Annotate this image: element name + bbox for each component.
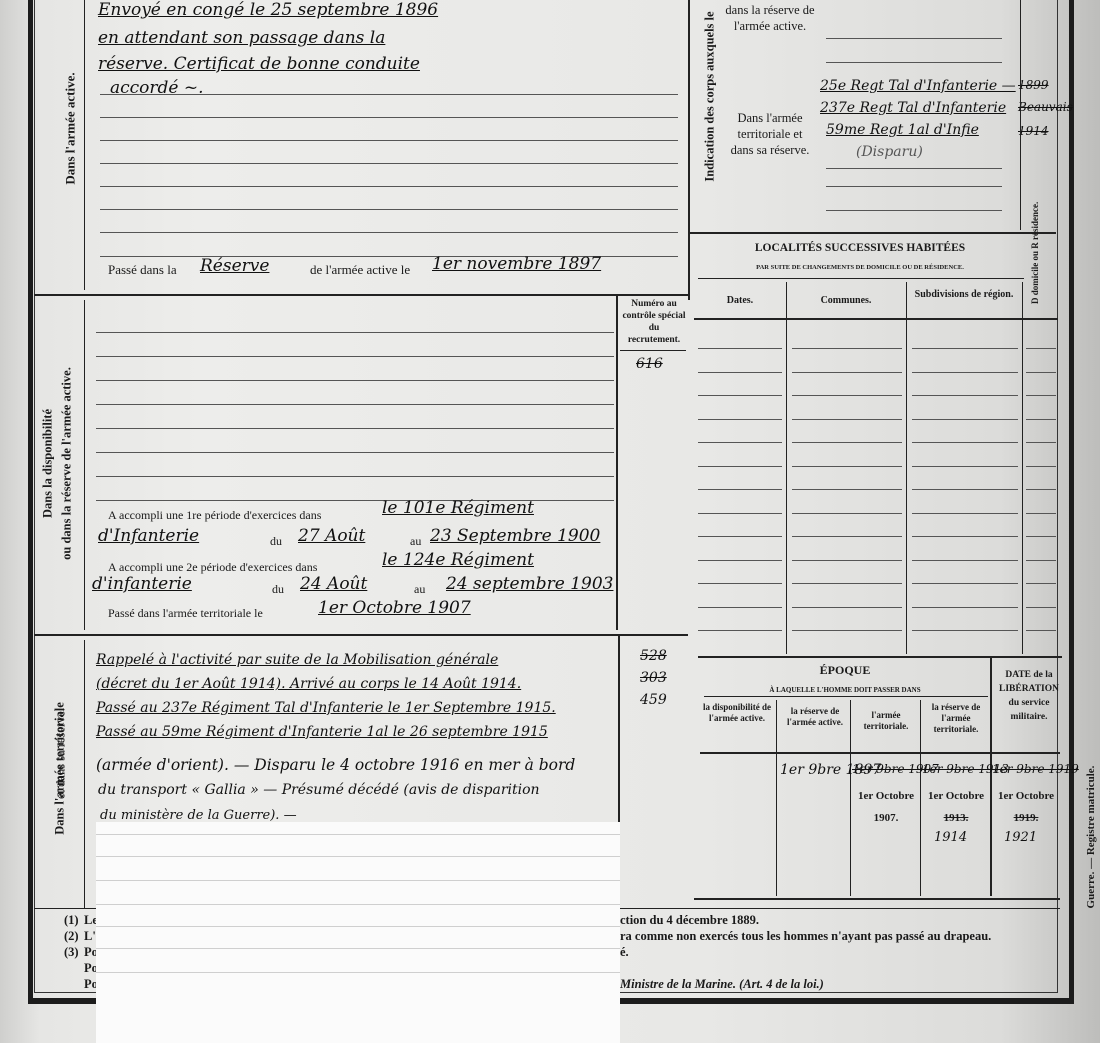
- localites-row-rule: [792, 348, 902, 349]
- period1-unit2: d'Infanterie: [98, 526, 199, 546]
- terr-numero-1: 528: [640, 648, 667, 664]
- localites-col-dates: Dates.: [700, 294, 780, 307]
- territorial-entry-2: 237e Regt Tal d'Infanterie: [820, 100, 1006, 116]
- epoque-col-3: l'armée territoriale.: [852, 710, 920, 732]
- localites-row-rule: [912, 536, 1018, 537]
- period1-prefix: A accompli une 1re période d'exercices d…: [108, 508, 321, 523]
- localites-row-rule: [912, 466, 1018, 467]
- territorial-entry-3-side: 1914: [1018, 124, 1049, 138]
- period2-from: 24 Août: [300, 574, 367, 594]
- period2-du: du: [272, 582, 284, 597]
- localites-row-rule: [792, 419, 902, 420]
- localites-row-rule: [912, 583, 1018, 584]
- localites-row-rule: [698, 372, 782, 373]
- territorial-entry-3: 59me Regt 1al d'Infie: [826, 122, 979, 138]
- localites-row-rule: [698, 630, 782, 631]
- active-passe-date: 1er novembre 1897: [432, 254, 601, 274]
- footnote-2-end: ra comme non exercés tous les hommes n'a…: [620, 929, 991, 944]
- localites-row-rule: [792, 395, 902, 396]
- territorial-entry-4: (Disparu): [856, 144, 923, 160]
- localites-row-rule: [912, 560, 1018, 561]
- active-line-1: Envoyé en congé le 25 septembre 1896: [98, 0, 438, 20]
- section-label-active: Dans l'armée active.: [62, 19, 79, 239]
- footnote-2-num: (2): [64, 929, 79, 944]
- terr-numero-2: 303: [640, 670, 667, 686]
- brace-line: [84, 0, 85, 290]
- liberation-header: DATE de la LIBÉRATION du service militai…: [996, 668, 1062, 724]
- localites-row-rule: [1026, 583, 1056, 584]
- numero-column-divider: [616, 296, 618, 630]
- period1-to: 23 Septembre 1900: [430, 526, 600, 546]
- localites-row-rule: [912, 630, 1018, 631]
- numero-header: Numéro au contrôle spécial du recrutemen…: [622, 298, 686, 346]
- localites-row-rule: [698, 513, 782, 514]
- footnote-1-end: ction du 4 décembre 1889.: [620, 913, 759, 928]
- localites-row-rule: [792, 536, 902, 537]
- reserve-label: dans la réserve de l'armée active.: [720, 2, 820, 34]
- period2-unit: le 124e Régiment: [382, 550, 534, 570]
- localites-row-rule: [698, 489, 782, 490]
- period2-to: 24 septembre 1903: [446, 574, 613, 594]
- liberation-3: 1919.: [992, 812, 1060, 825]
- localites-row-rule: [698, 442, 782, 443]
- localites-row-rule: [1026, 560, 1056, 561]
- corps-indication-label: Indication des corps auxquels le: [702, 0, 719, 207]
- localites-row-rule: [792, 489, 902, 490]
- footnote-1-num: (1): [64, 913, 79, 928]
- active-passe-value: Réserve: [200, 256, 269, 276]
- localites-row-rule: [698, 560, 782, 561]
- localites-row-rule: [698, 583, 782, 584]
- epoque-reserve-terr-3: 1913.: [922, 812, 990, 825]
- active-passe-middle: de l'armée active le: [310, 262, 410, 278]
- localites-row-rule: [912, 489, 1018, 490]
- localites-col-dr: D domicile ou R résidence.: [1030, 244, 1054, 304]
- paper-overlay: [96, 822, 620, 1043]
- active-line-3: réserve. Certificat de bonne conduite: [98, 54, 420, 74]
- liberation-4: 1921: [1004, 830, 1037, 845]
- period1-au: au: [410, 534, 421, 549]
- terr-line-3: Passé au 237e Régiment Tal d'Infanterie …: [96, 700, 556, 716]
- period2-au: au: [414, 582, 425, 597]
- localites-row-rule: [1026, 536, 1056, 537]
- localites-row-rule: [1026, 419, 1056, 420]
- localites-row-rule: [792, 583, 902, 584]
- localites-row-rule: [1026, 372, 1056, 373]
- localites-row-rule: [792, 607, 902, 608]
- period1-unit: le 101e Régiment: [382, 498, 534, 518]
- localites-row-rule: [792, 560, 902, 561]
- localites-row-rule: [912, 607, 1018, 608]
- terr-numero-3: 459: [640, 692, 667, 708]
- epoque-col-2: la réserve de l'armée active.: [780, 706, 850, 728]
- localites-row-rule: [912, 513, 1018, 514]
- epoque-reserve-terr-2: 1er Octobre: [922, 790, 990, 803]
- localites-row-rule: [1026, 607, 1056, 608]
- section-label-dispo-2: ou dans la réserve de l'armée active.: [59, 354, 76, 574]
- territorial-label: Dans l'armée territoriale et dans sa rés…: [728, 110, 812, 158]
- localites-row-rule: [792, 630, 902, 631]
- epoque-territoriale-3: 1907.: [852, 812, 920, 825]
- divider: [34, 294, 690, 296]
- liberation-2: 1er Octobre: [992, 790, 1060, 803]
- localites-row-rule: [792, 372, 902, 373]
- register-page: Dans l'armée active. Envoyé en congé le …: [0, 0, 1100, 1043]
- period1-from: 27 Août: [298, 526, 365, 546]
- terr-line-5: (armée d'orient). — Disparu le 4 octobre…: [96, 756, 575, 774]
- side-caption: Guerre. — Registre matricule.: [1083, 737, 1097, 937]
- localites-row-rule: [698, 419, 782, 420]
- localites-col-subdivisions: Subdivisions de région.: [912, 288, 1016, 301]
- territorial-entry-1: 25e Regt Tal d'Infanterie —: [820, 78, 1016, 94]
- section-label-dispo-1: Dans la disponibilité: [40, 354, 57, 574]
- period1-du: du: [270, 534, 282, 549]
- active-passe-prefix: Passé dans la: [108, 262, 177, 278]
- terr-line-1: Rappelé à l'activité par suite de la Mob…: [96, 652, 498, 668]
- numero-value: 616: [636, 356, 663, 372]
- epoque-title: ÉPOQUE: [700, 664, 990, 676]
- localites-row-rule: [792, 442, 902, 443]
- epoque-territoriale-2: 1er Octobre: [852, 790, 920, 803]
- footnote-3-end: é.: [620, 945, 629, 960]
- localites-row-rule: [1026, 348, 1056, 349]
- footnote-2-start: L': [84, 929, 96, 944]
- localites-row-rule: [912, 442, 1018, 443]
- localites-row-rule: [792, 513, 902, 514]
- localites-title: LOCALITÉS SUCCESSIVES HABITÉES: [700, 242, 1020, 254]
- localites-row-rule: [912, 395, 1018, 396]
- localites-row-rule: [698, 607, 782, 608]
- column-divider: [688, 0, 690, 300]
- terr-line-2: (décret du 1er Août 1914). Arrivé au cor…: [96, 676, 521, 692]
- period2-unit2: d'infanterie: [92, 574, 192, 594]
- localites-row-rule: [1026, 395, 1056, 396]
- localites-row-rule: [792, 466, 902, 467]
- active-line-2: en attendant son passage dans la: [98, 28, 385, 48]
- localites-row-rule: [912, 372, 1018, 373]
- localites-row-rule: [698, 466, 782, 467]
- localites-row-rule: [698, 395, 782, 396]
- footnote-5-end: Ministre de la Marine. (Art. 4 de la loi…: [620, 977, 824, 992]
- dispo-passe-date: 1er Octobre 1907: [318, 598, 471, 618]
- epoque-reserve-terr-4: 1914: [934, 830, 967, 845]
- epoque-col-1: la disponibilité de l'armée active.: [700, 702, 774, 724]
- localites-row-rule: [1026, 489, 1056, 490]
- liberation-1: 1er 9bre 1919: [992, 762, 1079, 776]
- period2-prefix: A accompli une 2e période d'exercices da…: [108, 560, 317, 575]
- terr-line-7: du ministère de la Guerre). —: [100, 808, 297, 823]
- territorial-entry-2-side: Beauvais: [1018, 100, 1073, 114]
- territorial-entry-1-side: 1899: [1018, 78, 1049, 92]
- localites-row-rule: [698, 348, 782, 349]
- terr-line-6: du transport « Gallia » — Présumé décédé…: [98, 782, 540, 798]
- epoque-subtitle: À LAQUELLE L'HOMME DOIT PASSER DANS: [700, 684, 990, 696]
- localites-row-rule: [1026, 513, 1056, 514]
- localites-row-rule: [1026, 442, 1056, 443]
- localites-subtitle: PAR SUITE DE CHANGEMENTS DE DOMICILE OU …: [700, 262, 1020, 274]
- epoque-col-4: la réserve de l'armée territoriale.: [922, 702, 990, 735]
- footnote-3-num: (3): [64, 945, 79, 960]
- localites-row-rule: [698, 536, 782, 537]
- dispo-passe-prefix: Passé dans l'armée territoriale le: [108, 606, 263, 621]
- section-label-terr-2: et dans sa réserve.: [53, 659, 70, 849]
- divider: [690, 232, 1056, 234]
- localites-row-rule: [912, 419, 1018, 420]
- localites-row-rule: [1026, 630, 1056, 631]
- localites-row-rule: [912, 348, 1018, 349]
- localites-row-rule: [1026, 466, 1056, 467]
- terr-line-4: Passé au 59me Régiment d'Infanterie 1al …: [96, 724, 548, 740]
- localites-col-communes: Communes.: [790, 294, 902, 307]
- active-line-4: accordé ~.: [110, 78, 204, 98]
